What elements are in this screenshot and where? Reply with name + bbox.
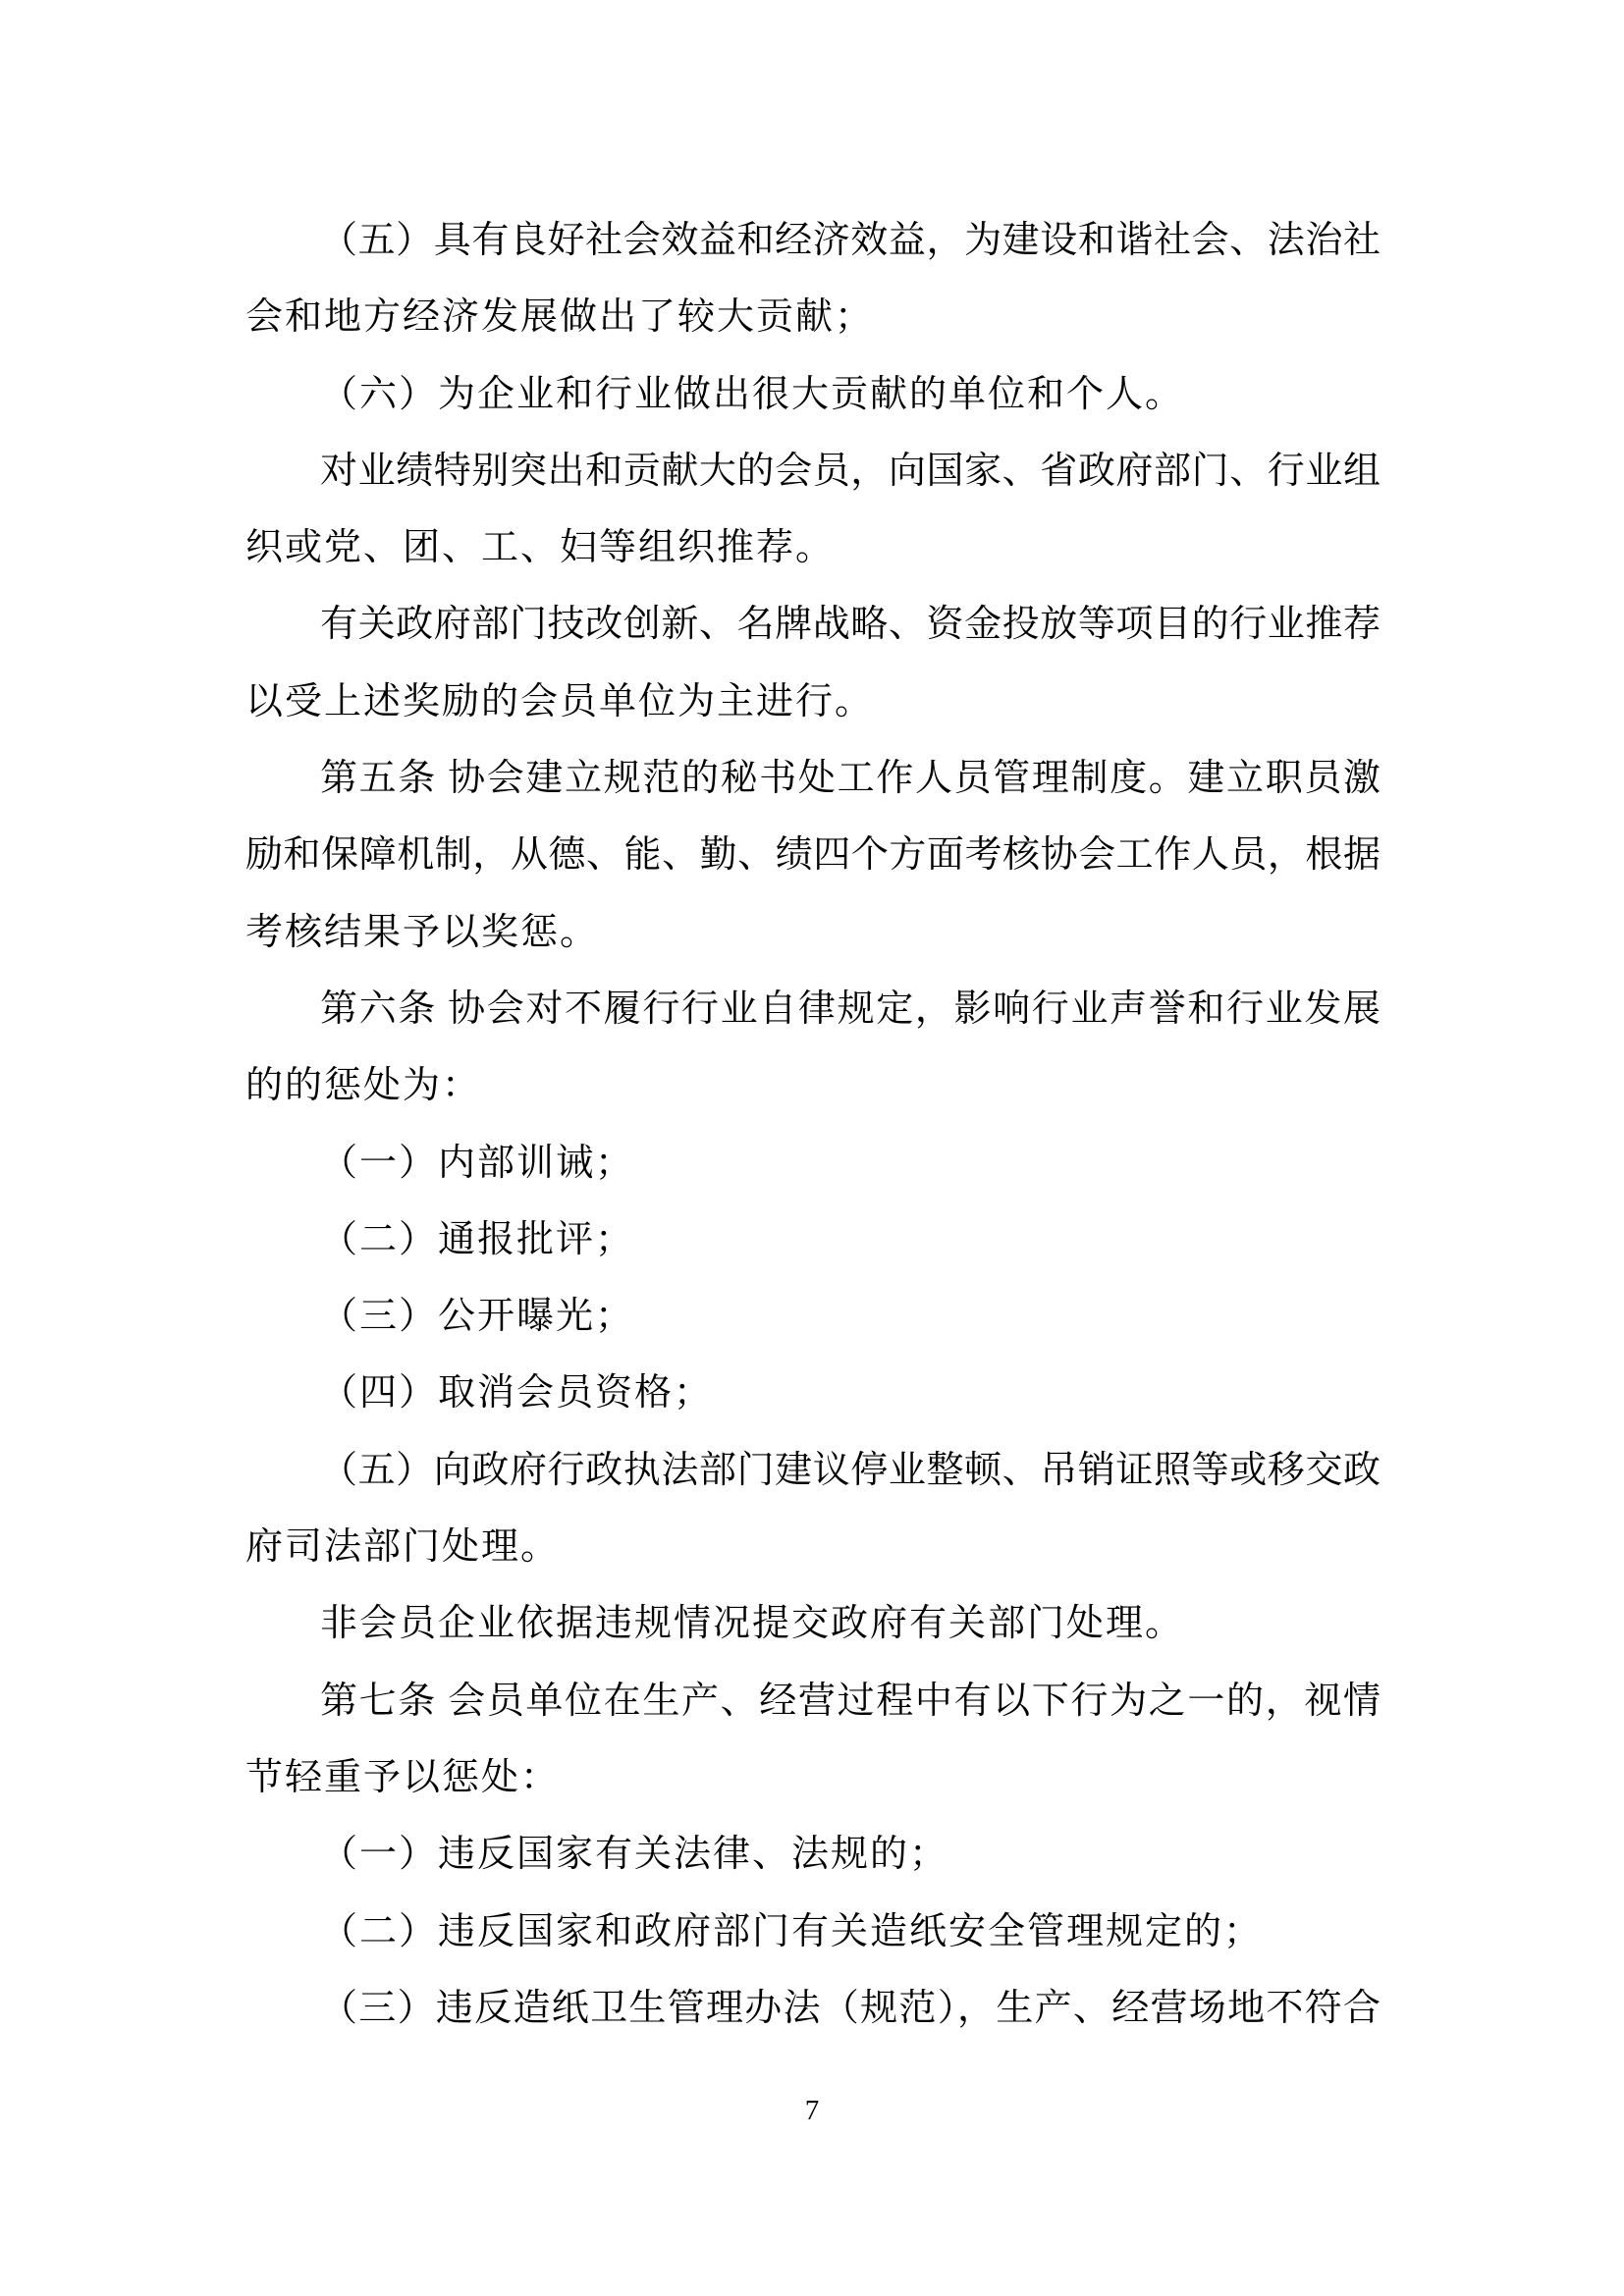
text-line: （二）违反国家和政府部门有关造纸安全管理规定的；	[245, 1894, 1380, 1970]
text-line: 非会员企业依据违规情况提交政府有关部门处理。	[245, 1585, 1380, 1662]
text-line: （一）违反国家有关法律、法规的；	[245, 1816, 1380, 1893]
text-line: 第六条 协会对不履行行业自律规定，影响行业声誉和行业发展	[245, 971, 1380, 1047]
text-line: （五）向政府行政执法部门建议停业整顿、吊销证照等或移交政	[245, 1432, 1380, 1509]
text-line: 对业绩特别突出和贡献大的会员，向国家、省政府部门、行业组	[245, 433, 1380, 509]
text-line: 会和地方经济发展做出了较大贡献；	[245, 279, 1380, 355]
text-line: 府司法部门处理。	[245, 1509, 1380, 1585]
text-line: （三）公开曝光；	[245, 1278, 1380, 1355]
text-line: （三）违反造纸卫生管理办法（规范），生产、经营场地不符合	[245, 1970, 1380, 2047]
text-line: 第七条 会员单位在生产、经营过程中有以下行为之一的，视情	[245, 1663, 1380, 1739]
text-line: 的的惩处为：	[245, 1047, 1380, 1124]
text-line: （二）通报批评；	[245, 1201, 1380, 1278]
text-line: （四）取消会员资格；	[245, 1355, 1380, 1431]
page-number: 7	[0, 2095, 1624, 2126]
text-line: 考核结果予以奖惩。	[245, 894, 1380, 971]
text-line: （五）具有良好社会效益和经济效益，为建设和谐社会、法治社	[245, 202, 1380, 279]
text-line: （一）内部训诫；	[245, 1125, 1380, 1201]
text-line: （六）为企业和行业做出很大贡献的单位和个人。	[245, 356, 1380, 433]
document-page: （五）具有良好社会效益和经济效益，为建设和谐社会、法治社 会和地方经济发展做出了…	[0, 0, 1624, 2296]
text-line: 以受上述奖励的会员单位为主进行。	[245, 664, 1380, 740]
text-line: 有关政府部门技改创新、名牌战略、资金投放等项目的行业推荐	[245, 586, 1380, 663]
text-line: 节轻重予以惩处：	[245, 1739, 1380, 1816]
text-line: 第五条 协会建立规范的秘书处工作人员管理制度。建立职员激	[245, 740, 1380, 817]
text-line: 励和保障机制，从德、能、勤、绩四个方面考核协会工作人员，根据	[245, 817, 1380, 893]
text-line: 织或党、团、工、妇等组织推荐。	[245, 509, 1380, 586]
document-body-text: （五）具有良好社会效益和经济效益，为建设和谐社会、法治社 会和地方经济发展做出了…	[245, 202, 1380, 2047]
